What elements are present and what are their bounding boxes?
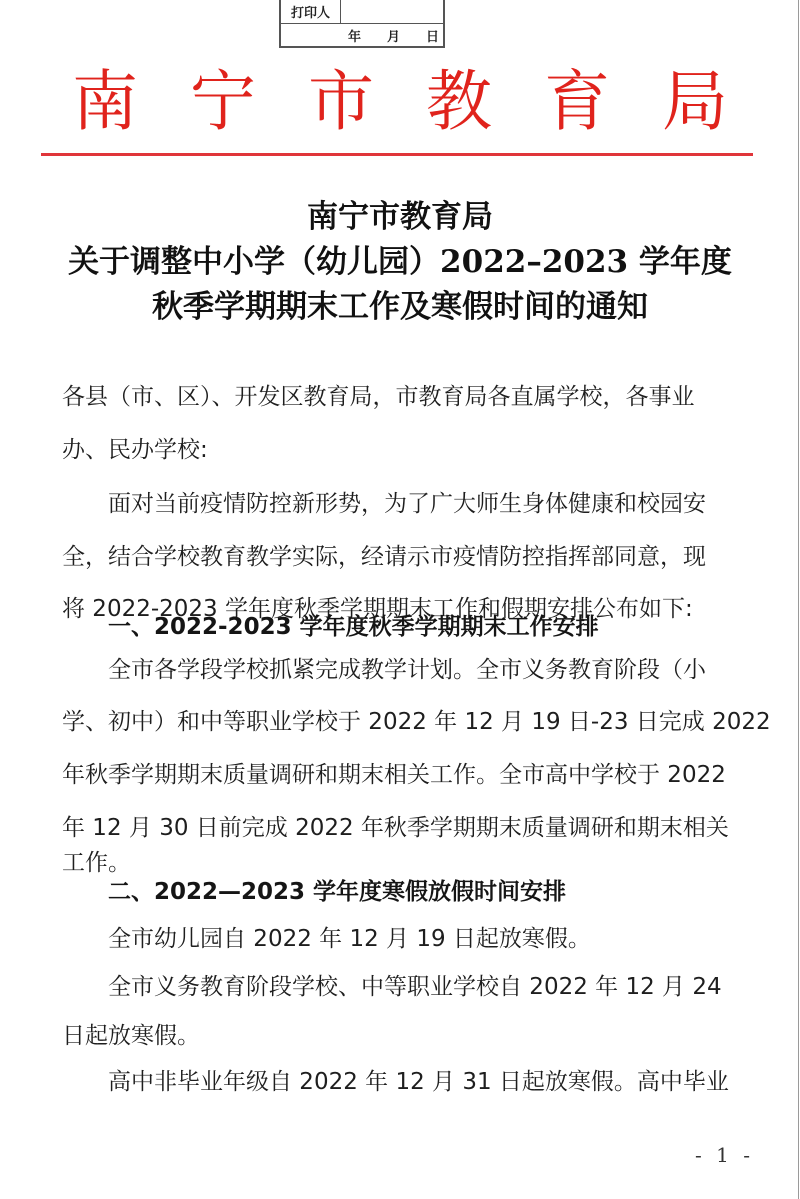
section-2-heading: 二、2022—2023 学年度寒假放假时间安排 xyxy=(108,877,566,907)
title-line-3: 秋季学期期末工作及寒假时间的通知 xyxy=(0,285,800,330)
print-month-label: 月 xyxy=(387,26,400,45)
section-1-line-2: 学、初中）和中等职业学校于 2022 年 12 月 19 日-23 日完成 20… xyxy=(62,707,771,737)
section-1-line-4: 年 12 月 30 日前完成 2022 年秋季学期期末质量调研和期末相关 xyxy=(62,813,729,843)
section-2-line-4: 高中非毕业年级自 2022 年 12 月 31 日起放寒假。高中毕业 xyxy=(108,1067,729,1097)
print-person-value xyxy=(341,0,443,23)
page-number: - 1 - xyxy=(695,1143,754,1167)
print-day-label: 日 xyxy=(426,26,439,45)
section-2-line-2: 全市义务教育阶段学校、中等职业学校自 2022 年 12 月 24 xyxy=(108,972,722,1002)
title-line-1: 南宁市教育局 xyxy=(0,195,800,240)
salutation-line-2: 办、民办学校: xyxy=(62,435,208,465)
title-line-2: 关于调整中小学（幼儿园）2022–2023 学年度 xyxy=(0,240,800,285)
intro-paragraph-line-2: 全，结合学校教育教学实际，经请示市疫情防控指挥部同意，现 xyxy=(62,542,706,572)
print-person-label: 打印人 xyxy=(281,0,341,23)
intro-paragraph-line-1: 面对当前疫情防控新形势，为了广大师生身体健康和校园安 xyxy=(108,489,706,519)
letterhead-org-name: 南宁市教育局 xyxy=(0,62,800,142)
document-title: 南宁市教育局 关于调整中小学（幼儿园）2022–2023 学年度 秋季学期期末工… xyxy=(0,195,800,330)
section-1-line-3: 年秋季学期期末质量调研和期末相关工作。全市高中学校于 2022 xyxy=(62,760,726,790)
letterhead-red-rule xyxy=(41,153,753,156)
section-1-line-5: 工作。 xyxy=(62,848,131,878)
salutation-line-1: 各县（市、区）、开发区教育局，市教育局各直属学校，各事业 xyxy=(62,382,695,412)
section-2-line-1: 全市幼儿园自 2022 年 12 月 19 日起放寒假。 xyxy=(108,924,591,954)
print-year-label: 年 xyxy=(348,26,361,45)
print-stamp-box: 打印人 年 月 日 xyxy=(279,0,445,48)
section-1-line-1: 全市各学段学校抓紧完成教学计划。全市义务教育阶段（小 xyxy=(108,655,706,685)
section-2-line-3: 日起放寒假。 xyxy=(62,1021,200,1051)
section-1-heading-text: 一、2022-2023 学年度秋季学期期末工作安排 xyxy=(108,612,599,642)
page-edge-line xyxy=(798,0,799,1199)
